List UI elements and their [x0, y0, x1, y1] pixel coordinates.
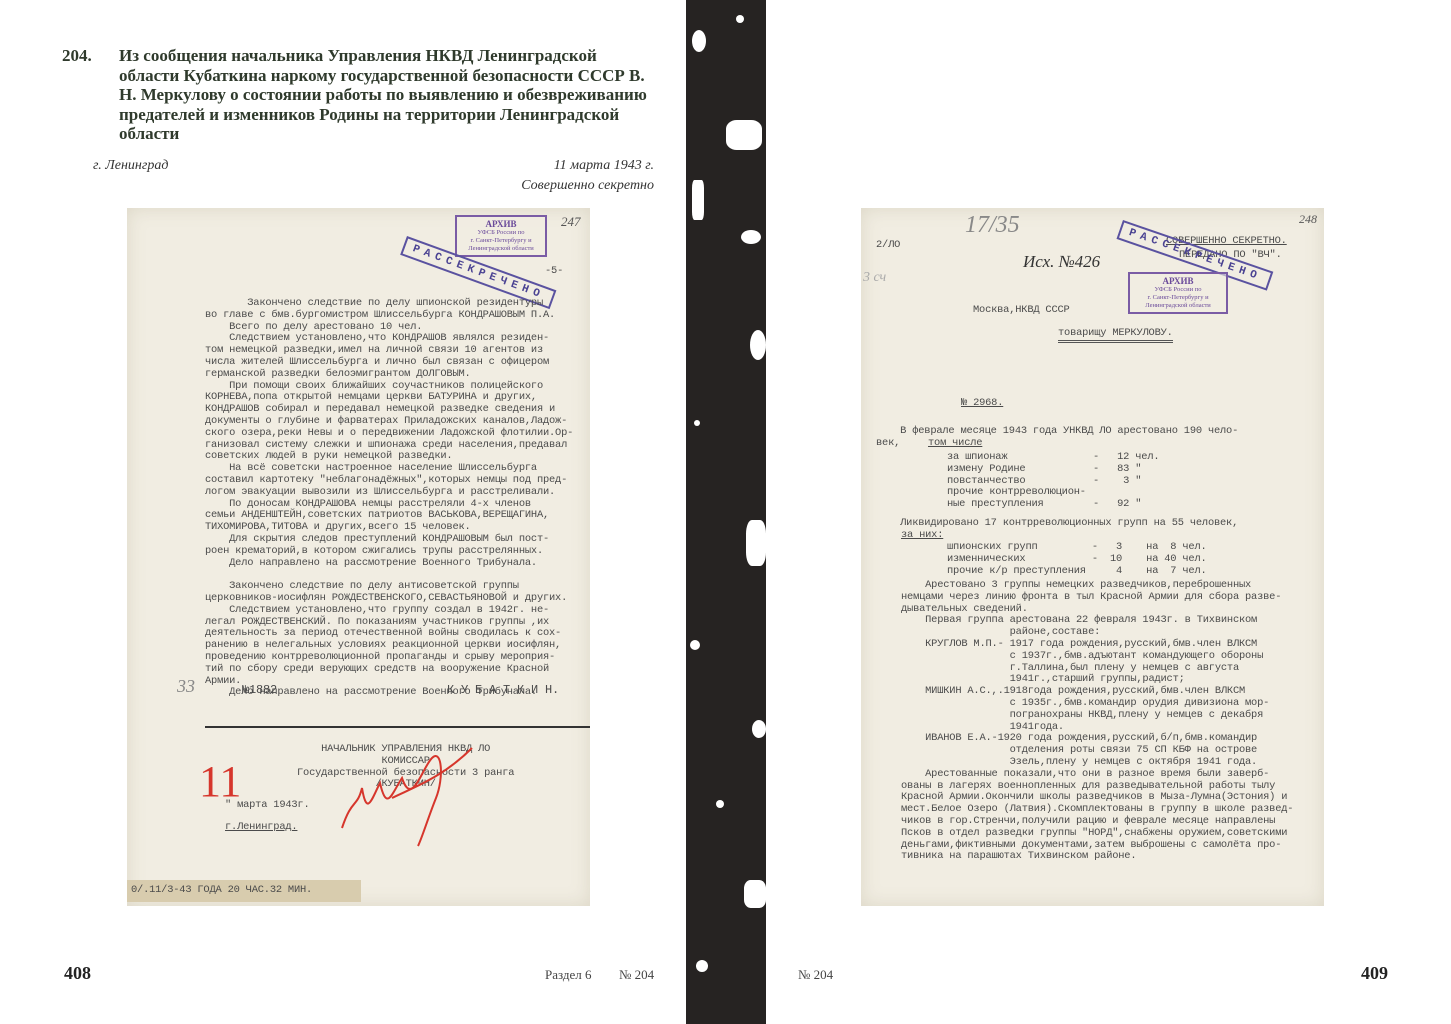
group-row: изменнических - 10 на 40 чел.	[947, 554, 1207, 566]
typed-signature: К У Б А Т К И Н.	[447, 685, 559, 697]
document-title: Из сообщения начальника Управления НКВД …	[119, 46, 659, 144]
intro-underlined: том числе	[928, 438, 982, 450]
document-number: 204.	[62, 46, 92, 66]
right-page: 2/ЛО 17/35 Исх. №426 3 сч 248 СОВЕРШЕННО…	[766, 0, 1451, 1024]
page-number-left: 408	[64, 963, 91, 984]
group-row: прочие к/р преступления 4 на 7 чел.	[947, 566, 1207, 578]
divider-rule	[205, 726, 590, 728]
margin-note: 33	[177, 676, 195, 697]
arrest-category: прочие контрреволюцион- ные преступления	[947, 487, 1086, 511]
handwritten-number: 17/35	[965, 212, 1020, 239]
document-date: 11 марта 1943 г.	[554, 158, 654, 174]
addressee-org: Москва,НКВД СССР	[973, 305, 1070, 317]
archive-stamp: АРХИВ УФСБ России по г. Санкт-Петербургу…	[455, 215, 547, 257]
typed-body: Закончено следствие по делу шпионской ре…	[205, 298, 573, 699]
groups-intro-underlined: за них:	[901, 530, 943, 542]
handwritten-ref: Исх. №426	[1023, 252, 1100, 272]
date-line: " марта 1943г.	[225, 800, 310, 812]
archive-stamp-line: г. Санкт-Петербургу и	[461, 237, 541, 245]
left-page: 204. Из сообщения начальника Управления …	[0, 0, 686, 1024]
archive-stamp-line: г. Санкт-Петербургу и	[1134, 294, 1222, 302]
archive-stamp-line: УФСБ России по	[461, 229, 541, 237]
running-section: Раздел 6	[545, 967, 592, 983]
document-classification: Совершенно секретно	[521, 178, 654, 194]
arrest-count: - 3 "	[1093, 476, 1141, 488]
doc-ref: № 2968.	[961, 398, 1003, 410]
page-number-right: 409	[1361, 963, 1388, 984]
running-doc-left: № 204	[619, 967, 654, 983]
archive-stamp-line: Ленинградской области	[1134, 302, 1222, 310]
archival-scan-left: АРХИВ УФСБ России по г. Санкт-Петербургу…	[127, 208, 590, 906]
arrest-count: - 92 "	[1093, 499, 1141, 511]
archive-stamp-title: АРХИВ	[461, 219, 541, 229]
archive-stamp: АРХИВ УФСБ России по г. Санкт-Петербургу…	[1128, 272, 1228, 314]
arrest-category: измену Родине	[947, 464, 1025, 476]
addressee: товарищу МЕРКУЛОВУ.	[1058, 328, 1173, 343]
running-doc-right: № 204	[798, 967, 833, 983]
torn-spine-decoration	[686, 0, 766, 1024]
typed-body: Арестовано 3 группы немецких разведчиков…	[901, 580, 1293, 863]
sheet-number: 247	[561, 214, 581, 230]
telegraph-strip-text: 0/.11/3-43 ГОДА 20 ЧАС.32 МИН.	[131, 885, 312, 897]
margin-note: 3 сч	[863, 270, 886, 286]
archival-scan-right: 2/ЛО 17/35 Исх. №426 3 сч 248 СОВЕРШЕННО…	[861, 208, 1324, 906]
red-signature-icon	[332, 738, 492, 848]
city-line: г.Ленинград.	[225, 822, 297, 834]
sheet-number: 248	[1299, 212, 1317, 227]
header-left-code: 2/ЛО	[876, 240, 900, 252]
outgoing-number: №1882	[242, 685, 277, 697]
page-marker: -5-	[545, 266, 563, 278]
document-place: г. Ленинград	[93, 158, 168, 174]
telegraph-strip: 0/.11/3-43 ГОДА 20 ЧАС.32 МИН.	[127, 880, 361, 902]
archive-stamp-line: УФСБ России по	[1134, 286, 1222, 294]
archive-stamp-line: Ленинградской области	[461, 245, 541, 253]
archive-stamp-title: АРХИВ	[1134, 276, 1222, 286]
arrest-count: - 83 "	[1093, 464, 1141, 476]
